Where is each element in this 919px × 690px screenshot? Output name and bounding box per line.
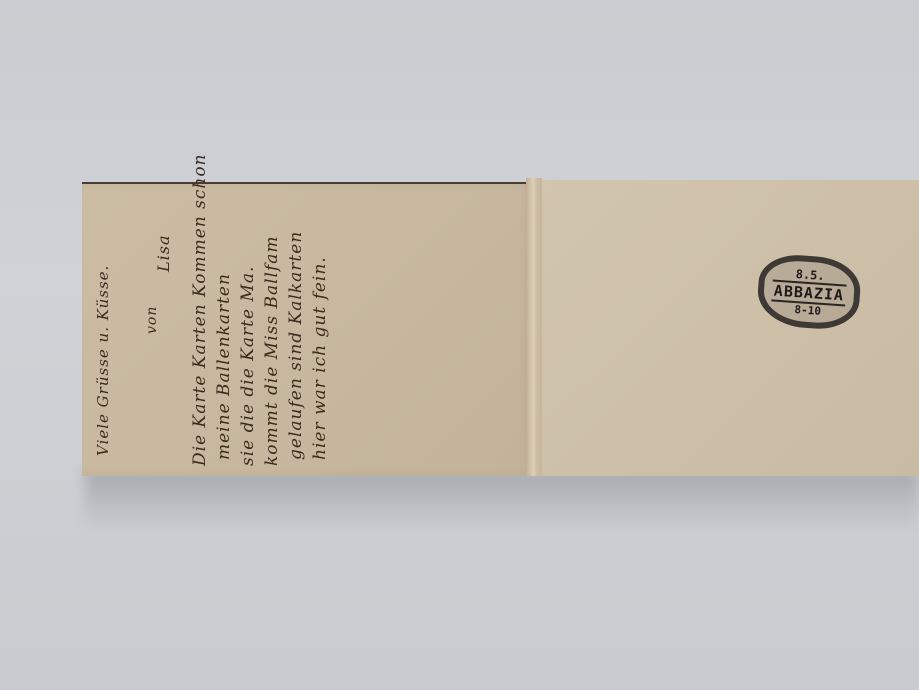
postmark-town: ABBAZIA (771, 279, 847, 306)
handwriting-line: Viele Grüsse u. Küsse. (94, 265, 112, 456)
card-fold (526, 178, 542, 476)
handwriting-line: kommt die Miss Ballfam (262, 235, 282, 466)
handwriting-line: von (144, 306, 160, 334)
handwriting-line: gelaufen sind Kalkarten (286, 231, 306, 460)
handwriting-line: Die Karte Karten Kommen schon (190, 153, 210, 466)
card-shadow (85, 470, 919, 530)
postmark-time: 8-10 (794, 303, 821, 318)
handwriting-line: meine Ballenkarten (214, 273, 234, 460)
card-left-panel: Viele Grüsse u. Küsse. von Lisa Die Kart… (82, 182, 532, 476)
handwriting-signature: Lisa (154, 235, 173, 273)
handwriting-line: hier war ich gut fein. (310, 256, 330, 460)
handwriting-line: sie die die Karte Ma. (238, 266, 258, 466)
card-right-panel (534, 180, 919, 476)
